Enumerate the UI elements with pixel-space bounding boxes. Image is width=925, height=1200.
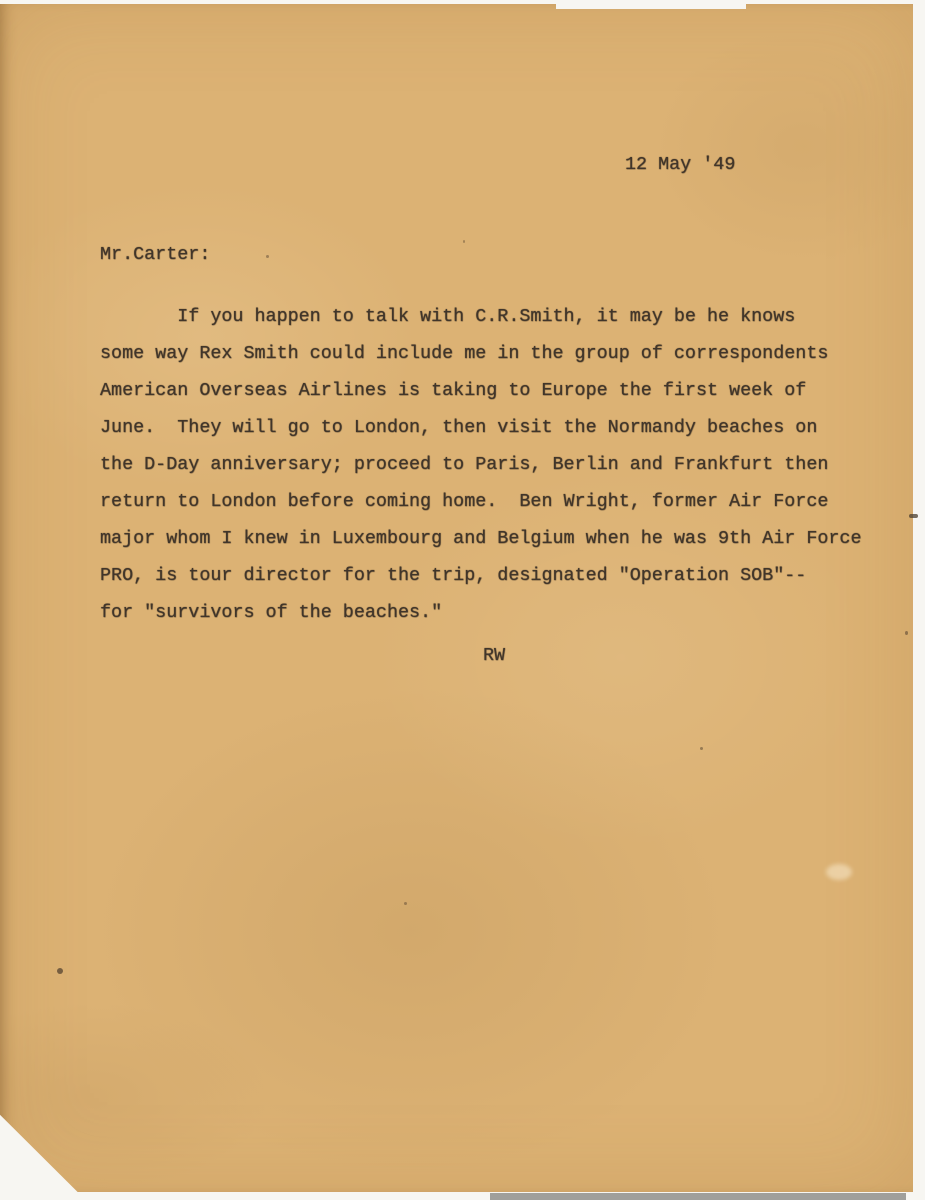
- paper-speck: [404, 902, 407, 905]
- paper-speck: [905, 631, 908, 635]
- scan-edge-mark: [909, 514, 918, 518]
- paper-sheet: 12 May '49 Mr.Carter: If you happen to t…: [0, 4, 913, 1192]
- letter-body-line: If you happen to talk with C.R.Smith, it…: [100, 298, 862, 335]
- paper-speck: [266, 255, 269, 258]
- letter-body-line: for "survivors of the beaches.": [100, 594, 862, 631]
- letter-body-line: June. They will go to London, then visit…: [100, 409, 862, 446]
- letter-body-line: return to London before coming home. Ben…: [100, 483, 862, 520]
- paper-speck: [57, 968, 63, 974]
- letter-body-line: PRO, is tour director for the trip, desi…: [100, 557, 862, 594]
- letter-date: 12 May '49: [625, 154, 735, 175]
- scanner-strip: [490, 1193, 906, 1200]
- letter-body-line: major whom I knew in Luxembourg and Belg…: [100, 520, 862, 557]
- scan-edge-notch: [556, 0, 746, 9]
- letter-signature-initials: RW: [483, 645, 505, 666]
- paper-blotch: [826, 864, 852, 880]
- paper-speck: [700, 747, 703, 750]
- letter-salutation: Mr.Carter:: [100, 244, 210, 265]
- letter-body: If you happen to talk with C.R.Smith, it…: [100, 298, 862, 631]
- paper-speck: [463, 240, 465, 243]
- scanned-letter: 12 May '49 Mr.Carter: If you happen to t…: [0, 0, 925, 1200]
- letter-body-line: some way Rex Smith could include me in t…: [100, 335, 862, 372]
- letter-body-line: the D-Day anniversary; proceed to Paris,…: [100, 446, 862, 483]
- letter-body-line: American Overseas Airlines is taking to …: [100, 372, 862, 409]
